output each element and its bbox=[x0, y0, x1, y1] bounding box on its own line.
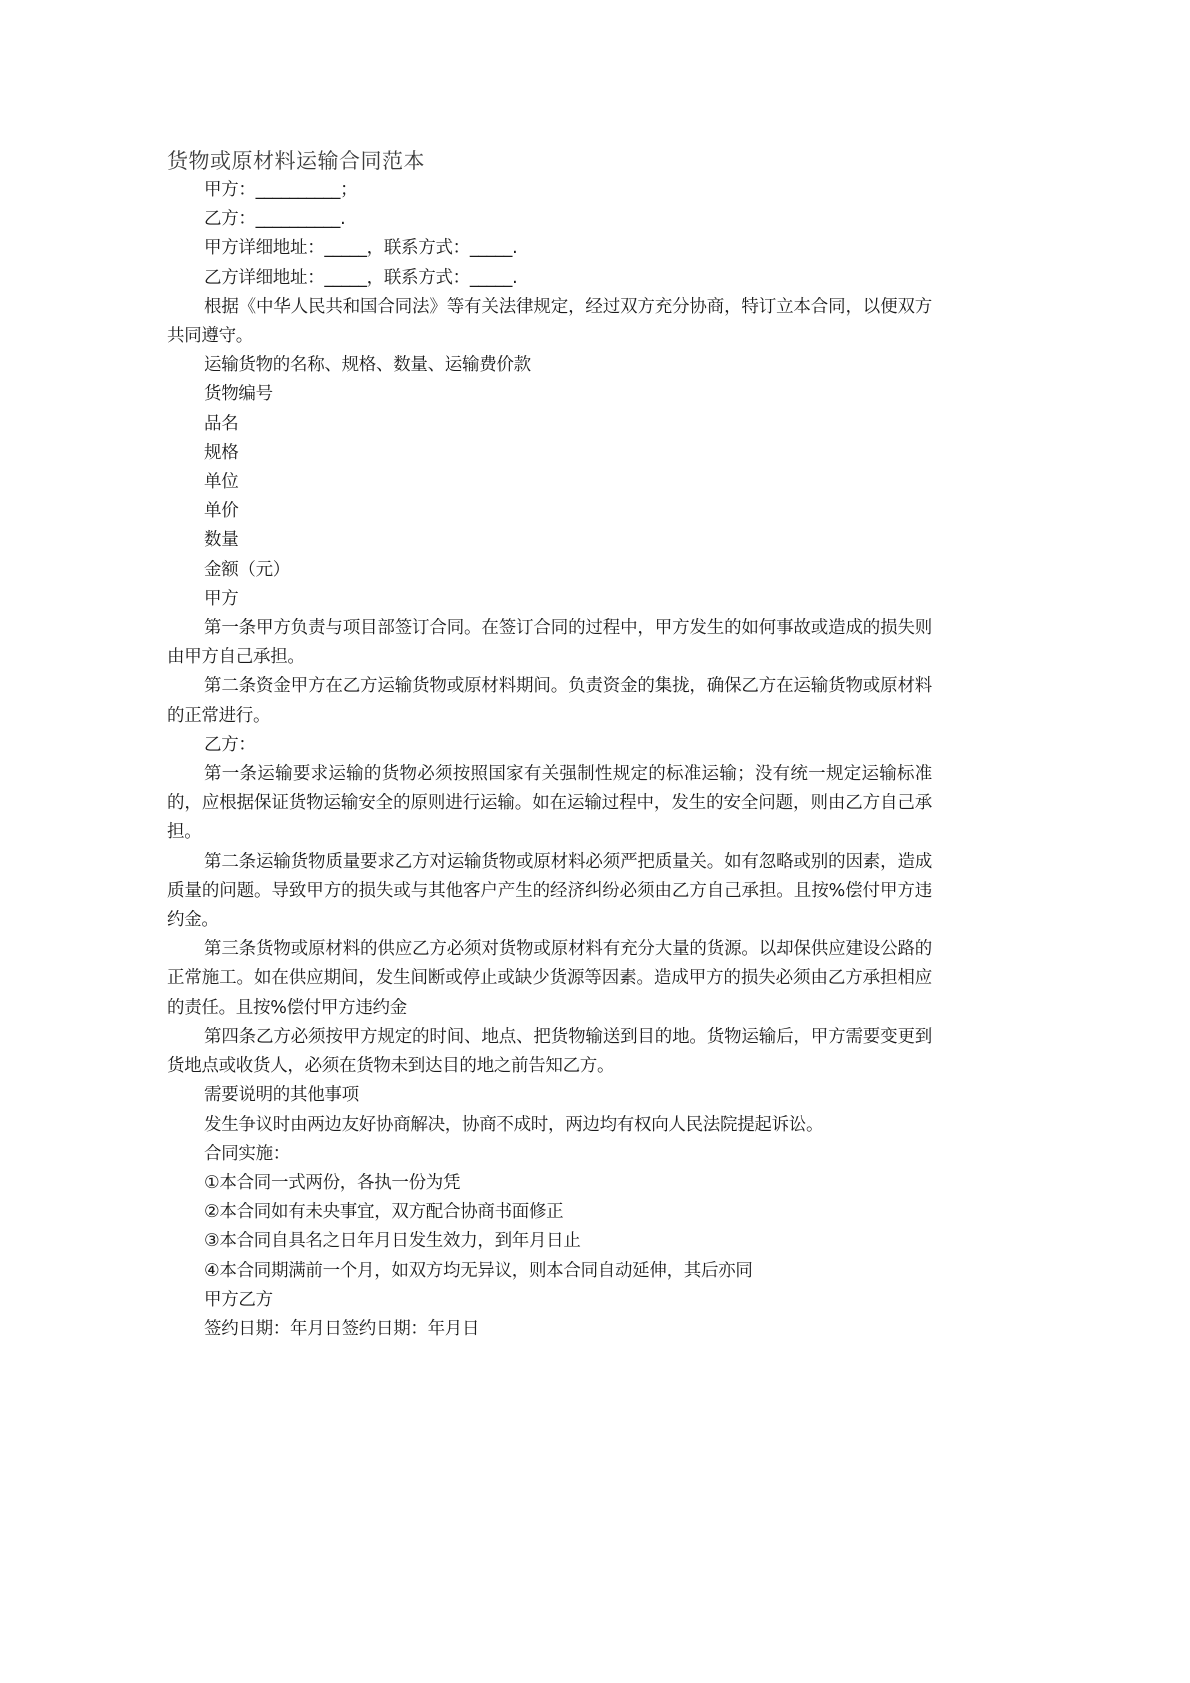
signature-date-a: 签约日期：年月日 bbox=[204, 1319, 342, 1339]
signature-dates-row: 签约日期：年月日签约日期：年月日 bbox=[167, 1315, 932, 1344]
party-a-article-1: 第一条甲方负责与项目部签订合同。在签订合同的过程中，甲方发生的如何事故或造成的损… bbox=[167, 614, 932, 672]
signature-parties-row: 甲方乙方 bbox=[167, 1286, 932, 1315]
implementation-item-2: ②本合同如有未央事宜，双方配合协商书面修正 bbox=[167, 1198, 932, 1227]
party-b-article-4: 第四条乙方必须按甲方规定的时间、地点、把货物输送到目的地。货物运输后，甲方需要变… bbox=[167, 1023, 932, 1081]
implementation-heading: 合同实施： bbox=[167, 1140, 932, 1169]
signature-party-b: 乙方 bbox=[238, 1290, 272, 1310]
field-product-name: 品名 bbox=[167, 410, 932, 439]
party-b-article-1: 第一条运输要求运输的货物必须按照国家有关强制性规定的标准运输；没有统一规定运输标… bbox=[167, 760, 932, 848]
party-b-line: 乙方：__________. bbox=[167, 205, 932, 234]
party-b-article-2: 第二条运输货物质量要求乙方对运输货物或原材料必须严把质量关。如有忽略或别的因素，… bbox=[167, 848, 932, 936]
party-a-address-line: 甲方详细地址：_____，联系方式：_____. bbox=[167, 234, 932, 263]
goods-section-heading: 运输货物的名称、规格、数量、运输费价款 bbox=[167, 351, 932, 380]
party-b-article-3: 第三条货物或原材料的供应乙方必须对货物或原材料有充分大量的货源。以却保供应建设公… bbox=[167, 935, 932, 1023]
implementation-item-3: ③本合同自具名之日年月日发生效力，到年月日止 bbox=[167, 1227, 932, 1256]
party-b-section-heading: 乙方： bbox=[167, 731, 932, 760]
signature-date-b: 签约日期：年月日 bbox=[342, 1319, 480, 1339]
document-page: 货物或原材料运输合同范本 甲方：__________； 乙方：_________… bbox=[167, 146, 932, 1344]
field-quantity: 数量 bbox=[167, 526, 932, 555]
dispute-clause: 发生争议时由两边友好协商解决，协商不成时，两边均有权向人民法院提起诉讼。 bbox=[167, 1111, 932, 1140]
field-goods-number: 货物编号 bbox=[167, 380, 932, 409]
other-matters-heading: 需要说明的其他事项 bbox=[167, 1081, 932, 1110]
preamble-paragraph: 根据《中华人民共和国合同法》等有关法律规定，经过双方充分协商，特订立本合同，以便… bbox=[167, 293, 932, 351]
party-b-address-line: 乙方详细地址：_____，联系方式：_____. bbox=[167, 264, 932, 293]
party-a-line: 甲方：__________； bbox=[167, 176, 932, 205]
document-title: 货物或原材料运输合同范本 bbox=[167, 146, 932, 176]
field-amount: 金额（元） bbox=[167, 556, 932, 585]
implementation-item-4: ④本合同期满前一个月，如双方均无异议，则本合同自动延伸，其后亦同 bbox=[167, 1257, 932, 1286]
implementation-item-1: ①本合同一式两份，各执一份为凭 bbox=[167, 1169, 932, 1198]
signature-party-a: 甲方 bbox=[204, 1290, 238, 1310]
field-unit: 单位 bbox=[167, 468, 932, 497]
field-unit-price: 单价 bbox=[167, 497, 932, 526]
party-a-article-2: 第二条资金甲方在乙方运输货物或原材料期间。负责资金的集拢，确保乙方在运输货物或原… bbox=[167, 672, 932, 730]
field-specification: 规格 bbox=[167, 439, 932, 468]
party-a-section-heading: 甲方 bbox=[167, 585, 932, 614]
